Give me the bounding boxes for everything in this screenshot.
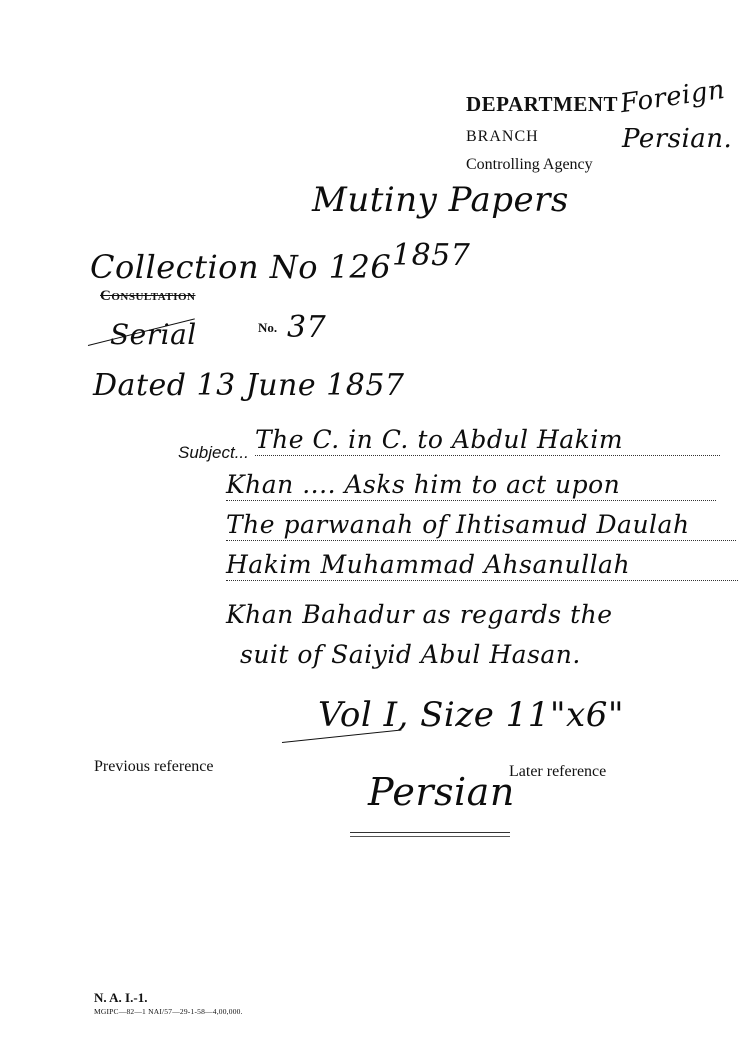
subject-line: Khan .... Asks him to act upon [226, 470, 716, 501]
collection-number: Collection No 126 [90, 248, 391, 286]
subject-line: suit of Saiyid Abul Hasan. [240, 640, 581, 670]
department-label: DEPARTMENT [466, 92, 618, 117]
subject-label: Subject... [178, 443, 249, 463]
language-value: Persian [368, 770, 515, 814]
language-underline [350, 832, 510, 833]
branch-value: Persian. [622, 124, 732, 154]
serial-no-label: No. [258, 320, 277, 336]
collection-title: Mutiny Papers [312, 180, 569, 220]
date-value: Dated 13 June 1857 [93, 368, 405, 403]
department-value: Foreign [618, 75, 726, 119]
subject-line: Hakim Muhammad Ahsanullah [226, 550, 738, 581]
print-info: MGIPC—82—1 NAI/57—29-1-58—4,00,000. [94, 1007, 243, 1016]
volume-size-value: Vol I, Size 11"x6" [318, 695, 624, 735]
collection-year: 1857 [392, 238, 470, 273]
language-underline [350, 836, 510, 837]
previous-reference-label: Previous reference [94, 758, 214, 776]
subject-line: Khan Bahadur as regards the [226, 600, 613, 630]
later-reference-label: Later reference [509, 763, 606, 781]
subject-line: The parwanah of Ihtisamud Daulah [226, 510, 736, 541]
serial-number: 37 [287, 310, 326, 345]
form-code: N. A. I.-1. [94, 990, 147, 1006]
subject-line: The C. in C. to Abdul Hakim [255, 425, 720, 456]
controlling-agency-label: Controlling Agency [466, 156, 593, 174]
consultation-label-struck: Consultation [100, 288, 196, 305]
branch-label: BRANCH [466, 128, 539, 146]
serial-label-handwritten: Serial [110, 318, 197, 351]
